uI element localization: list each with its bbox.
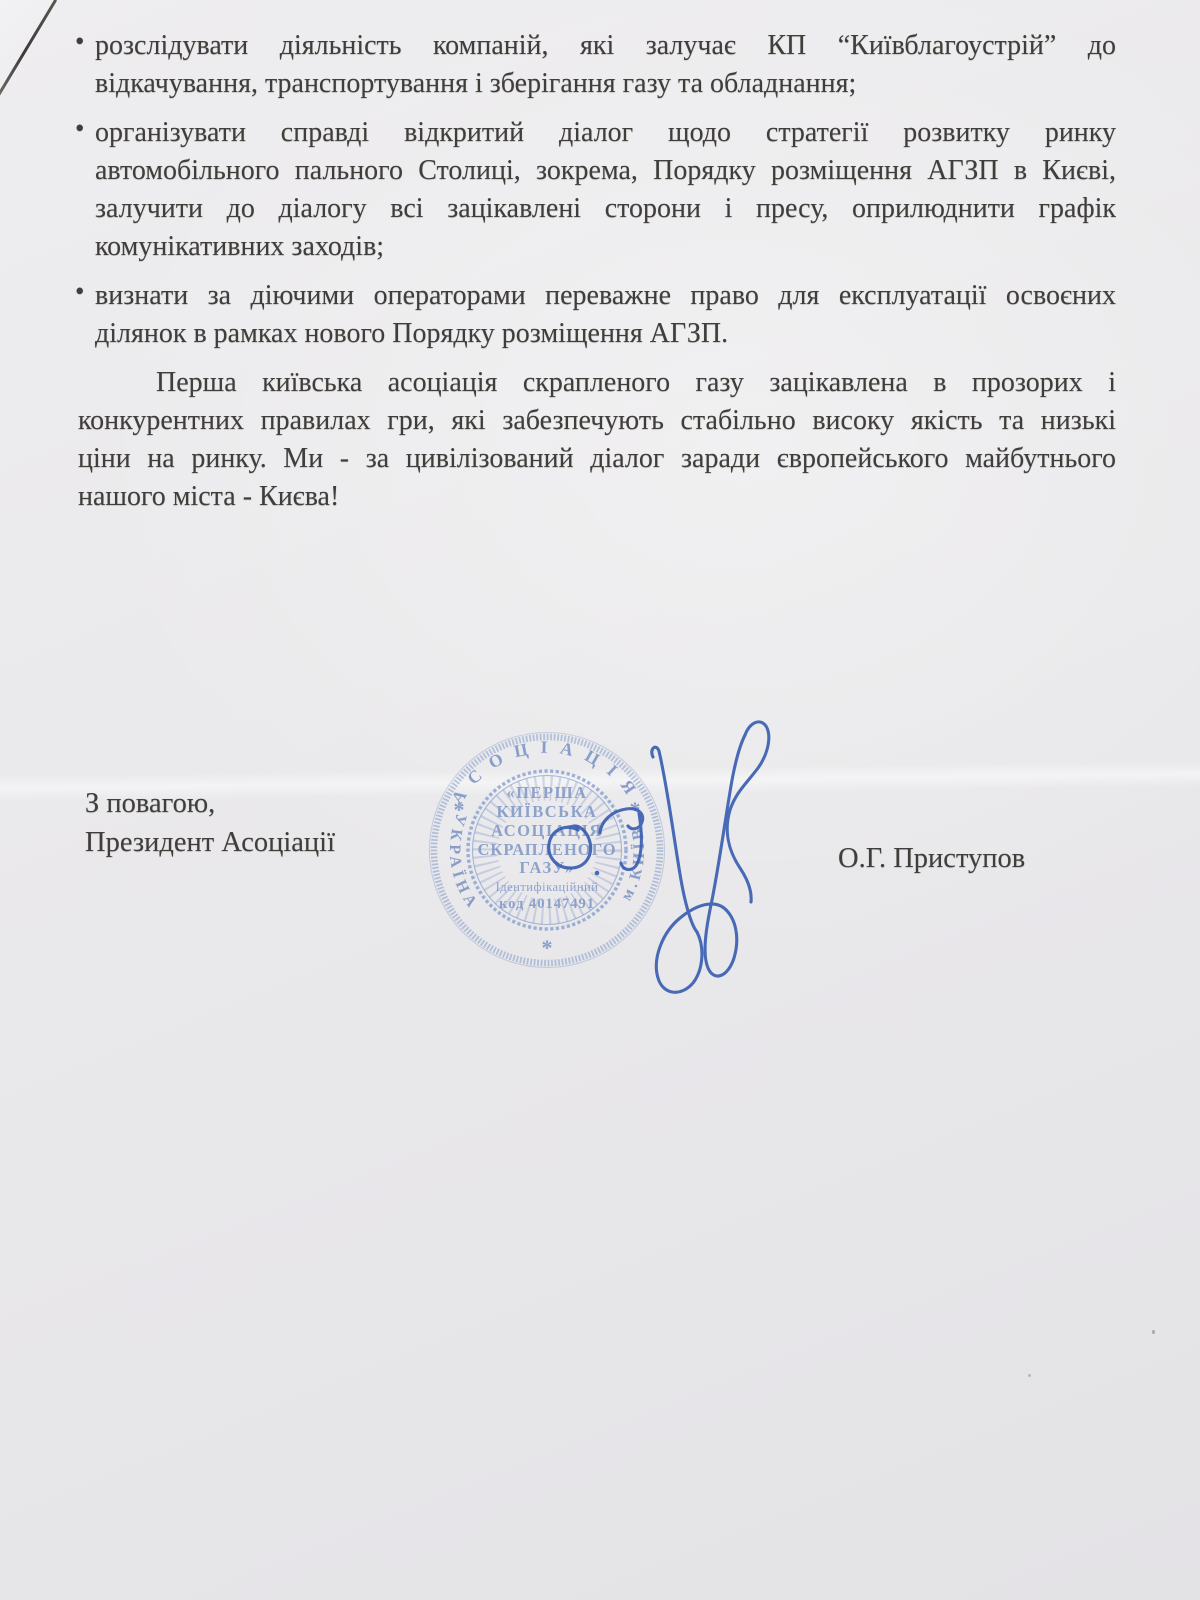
closing-title: Президент Асоціації: [85, 823, 335, 862]
bullet-marker: •: [75, 26, 84, 57]
signature-flourish-left: [652, 747, 697, 932]
bullet-item: • організувати справді відкритий діалог …: [78, 114, 1116, 266]
stamp-star-icon: *: [454, 797, 465, 822]
bullet-line: залучити до діалогу всі зацікавлені стор…: [95, 190, 1116, 228]
closing-paragraph: Перша київська асоціація скрапленого газ…: [78, 364, 1116, 516]
bullet-line: автомобільного пального Столиці, зокрема…: [95, 152, 1116, 190]
bullet-line: визнати за діючими операторами переважне…: [95, 277, 1116, 315]
signature-flourish-loops: [656, 735, 745, 992]
bullet-line: ділянок в рамках нового Порядку розміщен…: [95, 315, 1116, 353]
signature-dot: [595, 871, 600, 876]
stamp-ring-text-left: УКРАЇНА: [446, 812, 483, 914]
signature-letter-o: [549, 826, 591, 868]
signature-letter-p-stem: [621, 813, 641, 870]
handwritten-signature: [500, 680, 820, 1010]
signature-letter-p-top: [600, 809, 643, 833]
paragraph-line: ціни на ринку. Ми - за цивілізований діа…: [78, 440, 1116, 478]
paragraph-line: Перша київська асоціація скрапленого газ…: [78, 364, 1116, 402]
bullet-marker: •: [75, 113, 84, 144]
closing-salutation: З повагою,: [85, 784, 335, 823]
bullet-line: комунікативних заходів;: [95, 228, 1116, 266]
paragraph-line: нашого міста - Києва!: [78, 478, 1116, 516]
bullet-item: • визнати за діючими операторами переваж…: [78, 277, 1116, 353]
bullet-line: розслідувати діяльність компаній, які за…: [95, 27, 1116, 65]
signatory-name: О.Г. Приступов: [838, 843, 1025, 875]
bullet-line: відкачування, транспортування і зберіган…: [95, 65, 1116, 103]
closing-block: З повагою, Президент Асоціації: [85, 784, 335, 862]
paper-speck: [1028, 1374, 1031, 1377]
page-corner-fold: [0, 0, 60, 98]
bullet-line: організувати справді відкритий діалог що…: [95, 114, 1116, 152]
bullet-marker: •: [75, 276, 84, 307]
bullet-item: • розслідувати діяльність компаній, які …: [78, 27, 1116, 103]
paper-speck: [1152, 1330, 1155, 1334]
paragraph-line: конкурентних правилах гри, які забезпечу…: [78, 402, 1116, 440]
scanned-letter-page: • розслідувати діяльність компаній, які …: [0, 0, 1200, 1600]
letter-body: • розслідувати діяльність компаній, які …: [78, 27, 1116, 516]
signature-flourish-top-loop: [727, 722, 769, 902]
